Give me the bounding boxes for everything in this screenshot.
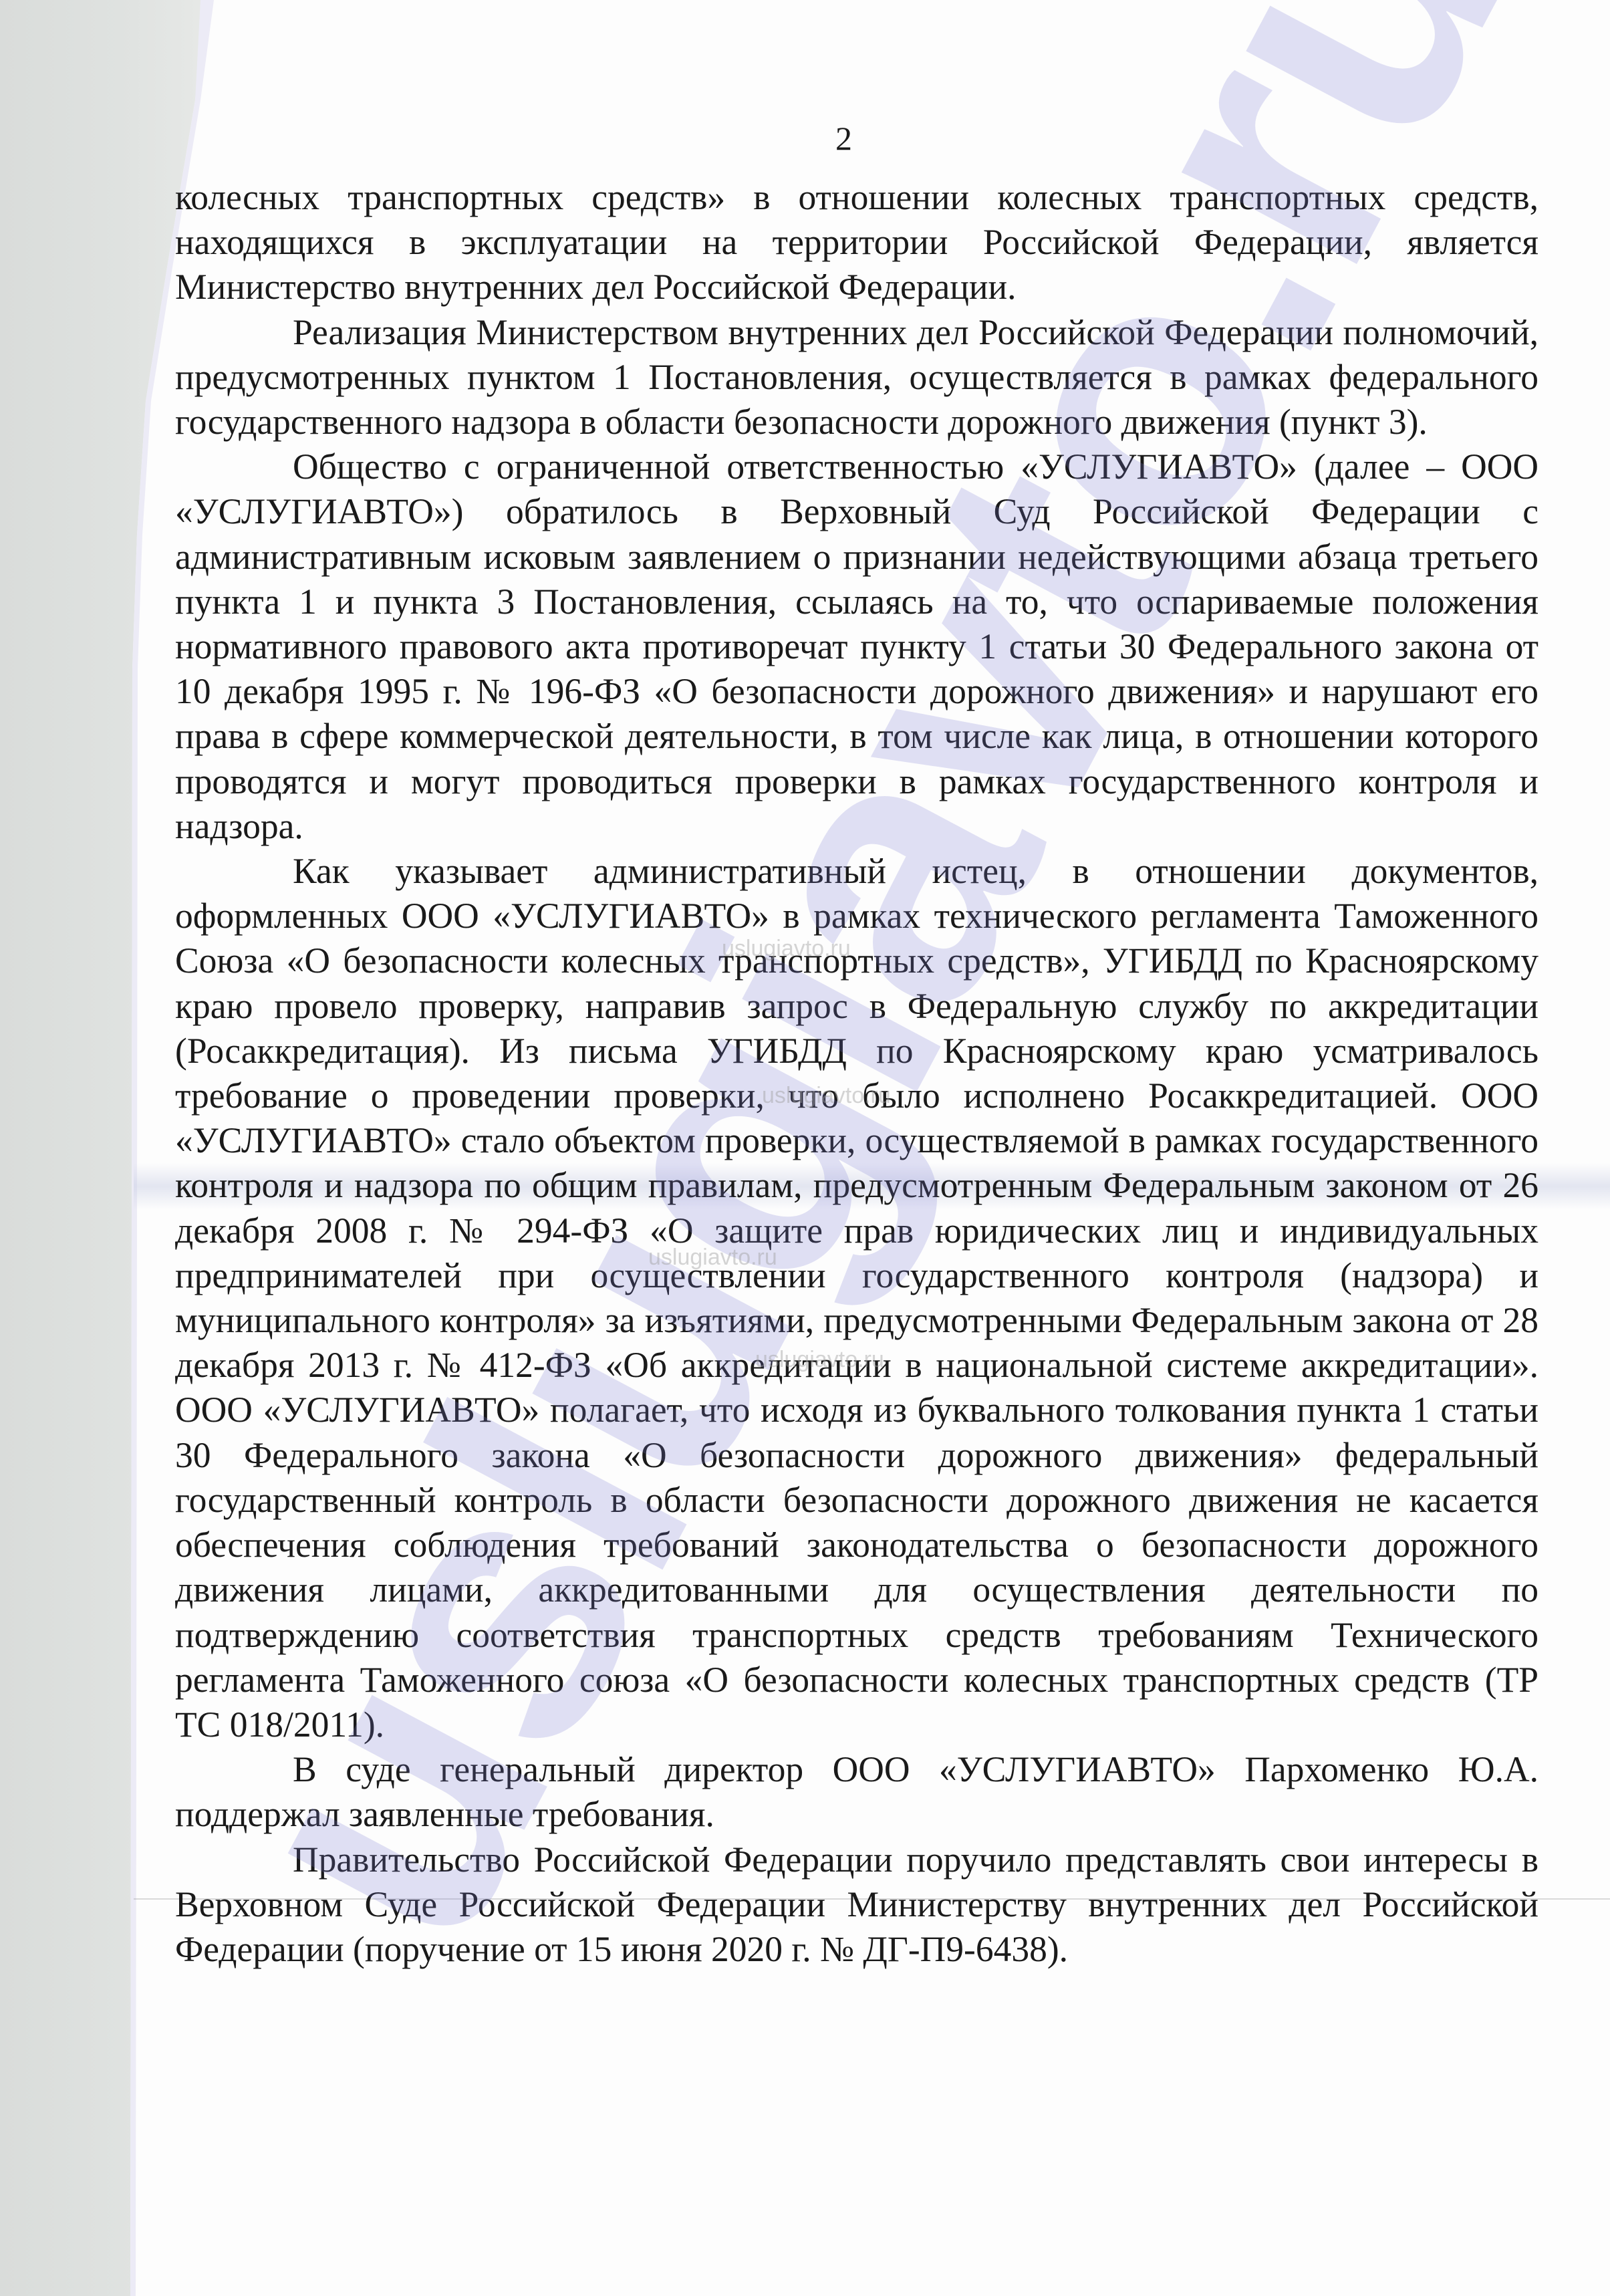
paragraph: В суде генеральный директор ООО «УСЛУГИА… <box>175 1747 1538 1837</box>
paragraph: Реализация Министерством внутренних дел … <box>175 310 1538 445</box>
page-number: 2 <box>835 119 852 158</box>
paragraph: Общество с ограниченной ответственностью… <box>175 444 1538 849</box>
scanner-background <box>0 0 200 2296</box>
paragraph: Правительство Российской Федерации поруч… <box>175 1837 1538 1972</box>
paragraph: колесных транспортных средств» в отношен… <box>175 175 1538 310</box>
document-body: колесных транспортных средств» в отношен… <box>175 175 1538 1972</box>
paragraph: Как указывает административный истец, в … <box>175 849 1538 1747</box>
